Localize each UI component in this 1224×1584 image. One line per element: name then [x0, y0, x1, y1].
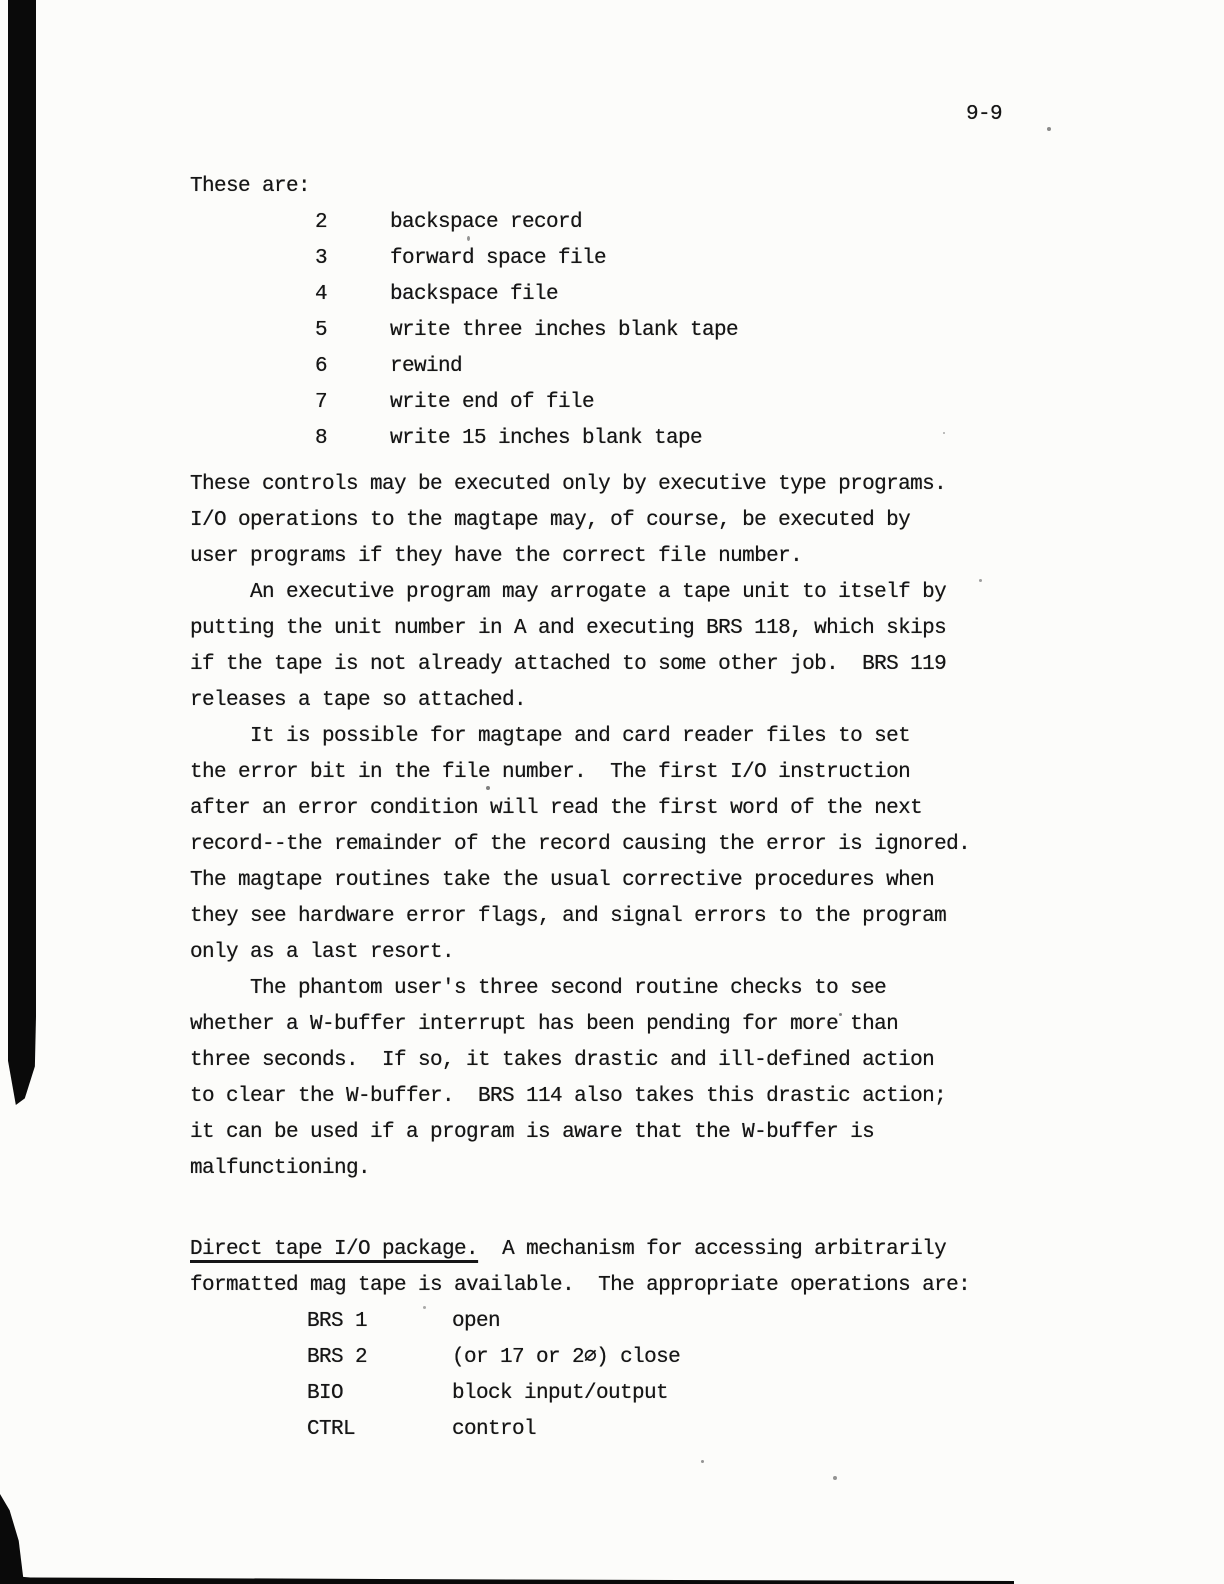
control-code: 2	[315, 205, 390, 241]
operation-action: control	[452, 1418, 536, 1441]
paragraph-line: malfunctioning.	[0, 1151, 1224, 1187]
control-code: 7	[315, 385, 390, 421]
paragraph-line: It is possible for magtape and card read…	[0, 719, 1224, 755]
control-action: forward space file	[390, 247, 606, 270]
operation-action: block input/output	[452, 1382, 668, 1405]
control-code: 4	[315, 277, 390, 313]
scan-artifact-bottom-left-corner	[0, 1494, 24, 1584]
operation-code: BIO	[307, 1376, 452, 1412]
scan-speck	[839, 1013, 842, 1016]
tape-control-row: 4backspace file	[0, 277, 1224, 313]
section-heading-rest: A mechanism for accessing arbitrarily	[478, 1238, 946, 1261]
document-body: These are: 2backspace record 3forward sp…	[0, 169, 1224, 1448]
tape-control-row: 8write 15 inches blank tape	[0, 421, 1224, 457]
scan-speck	[1047, 127, 1051, 131]
control-action: backspace record	[390, 211, 582, 234]
scan-artifact-bottom-edge	[0, 1575, 1014, 1584]
operation-code: CTRL	[307, 1412, 452, 1448]
scan-speck	[979, 579, 982, 582]
control-code: 6	[315, 349, 390, 385]
paragraph-line: record--the remainder of the record caus…	[0, 827, 1224, 863]
control-action: write end of file	[390, 391, 594, 414]
tape-control-row: 3forward space file	[0, 241, 1224, 277]
operation-row: BIOblock input/output	[0, 1376, 1224, 1412]
paragraph-line: to clear the W-buffer. BRS 114 also take…	[0, 1079, 1224, 1115]
control-action: write three inches blank tape	[390, 319, 738, 342]
paragraph-line: user programs if they have the correct f…	[0, 539, 1224, 575]
paragraph-line: the error bit in the file number. The fi…	[0, 755, 1224, 791]
paragraph-line: The phantom user's three second routine …	[0, 971, 1224, 1007]
paragraph-line: The magtape routines take the usual corr…	[0, 863, 1224, 899]
scan-speck	[833, 1476, 837, 1480]
operation-code: BRS 1	[307, 1304, 452, 1340]
intro-line: These are:	[0, 169, 1224, 205]
scan-speck	[486, 786, 490, 790]
control-code: 5	[315, 313, 390, 349]
paragraph-line: three seconds. If so, it takes drastic a…	[0, 1043, 1224, 1079]
paragraph-line: whether a W-buffer interrupt has been pe…	[0, 1007, 1224, 1043]
control-action: rewind	[390, 355, 462, 378]
scanned-document-page: 9-9 These are: 2backspace record 3forwar…	[0, 0, 1224, 1584]
tape-control-row: 5write three inches blank tape	[0, 313, 1224, 349]
scan-speck	[943, 432, 945, 434]
control-action: write 15 inches blank tape	[390, 427, 702, 450]
operation-action: (or 17 or 2∅) close	[452, 1346, 680, 1369]
paragraph-line: releases a tape so attached.	[0, 683, 1224, 719]
paragraph-line: if the tape is not already attached to s…	[0, 647, 1224, 683]
section-heading: Direct tape I/O package.	[190, 1238, 478, 1261]
paragraph-line: I/O operations to the magtape may, of co…	[0, 503, 1224, 539]
scan-speck	[467, 236, 470, 241]
section-heading-line: Direct tape I/O package. A mechanism for…	[0, 1232, 1224, 1268]
operation-row: BRS 1open	[0, 1304, 1224, 1340]
paragraph-line: putting the unit number in A and executi…	[0, 611, 1224, 647]
paragraph-line: An executive program may arrogate a tape…	[0, 575, 1224, 611]
scan-speck	[423, 1306, 426, 1309]
tape-control-row: 7write end of file	[0, 385, 1224, 421]
paragraph-gap	[0, 457, 1224, 467]
scan-speck	[701, 1460, 704, 1463]
control-action: backspace file	[390, 283, 558, 306]
operation-action: open	[452, 1310, 500, 1333]
operation-code: BRS 2	[307, 1340, 452, 1376]
tape-control-row: 6rewind	[0, 349, 1224, 385]
control-code: 3	[315, 241, 390, 277]
operation-row: BRS 2(or 17 or 2∅) close	[0, 1340, 1224, 1376]
paragraph-line: they see hardware error flags, and signa…	[0, 899, 1224, 935]
page-number: 9-9	[966, 97, 1002, 133]
paragraph-line: These controls may be executed only by e…	[0, 467, 1224, 503]
paragraph-line: formatted mag tape is available. The app…	[0, 1268, 1224, 1304]
tape-control-row: 2backspace record	[0, 205, 1224, 241]
paragraph-line: only as a last resort.	[0, 935, 1224, 971]
control-code: 8	[315, 421, 390, 457]
section-gap	[0, 1187, 1224, 1232]
operation-row: CTRLcontrol	[0, 1412, 1224, 1448]
paragraph-line: it can be used if a program is aware tha…	[0, 1115, 1224, 1151]
paragraph-line: after an error condition will read the f…	[0, 791, 1224, 827]
